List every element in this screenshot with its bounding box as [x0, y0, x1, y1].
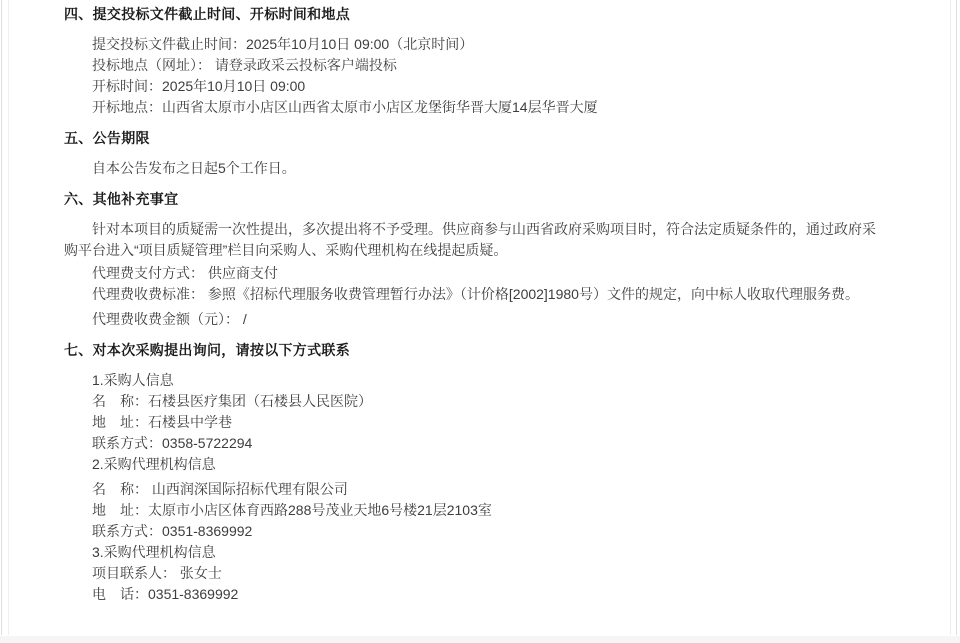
detail-line-agency-fee-payment: 代理费支付方式： 供应商支付 — [92, 263, 882, 284]
section-heading: 五、公告期限 — [64, 128, 882, 149]
detail-line-submission-deadline: 提交投标文件截止时间：2025年10月10日 09:00（北京时间） — [92, 34, 882, 55]
announcement-document: 四、提交投标文件截止时间、开标时间和地点 提交投标文件截止时间：2025年10月… — [0, 4, 960, 605]
detail-line-agency2-title: 3.采购代理机构信息 — [92, 542, 882, 563]
detail-line-project-contact: 项目联系人： 张女士 — [92, 563, 882, 584]
detail-line-project-phone: 电 话：0351-8369992 — [92, 584, 882, 605]
detail-line-agency-fee-standard: 代理费收费标准： 参照《招标代理服务收费管理暂行办法》（计价格[2002]198… — [92, 284, 882, 305]
section-heading: 七、对本次采购提出询问，请按以下方式联系 — [64, 340, 882, 361]
section-announcement-period: 五、公告期限 自本公告发布之日起5个工作日。 — [64, 128, 882, 179]
detail-line-open-location: 开标地点：山西省太原市小店区山西省太原市小店区龙堡街华晋大厦14层华晋大厦 — [92, 97, 882, 118]
section-heading: 四、提交投标文件截止时间、开标时间和地点 — [64, 4, 882, 25]
section-contact-info: 七、对本次采购提出询问，请按以下方式联系 1.采购人信息 名 称：石楼县医疗集团… — [64, 340, 882, 605]
detail-line-open-time: 开标时间：2025年10月10日 09:00 — [92, 76, 882, 97]
detail-line-purchaser-name: 名 称：石楼县医疗集团（石楼县人民医院） — [92, 391, 882, 412]
query-policy-paragraph: 针对本项目的质疑需一次性提出，多次提出将不予受理。供应商参与山西省政府采购项目时… — [64, 219, 882, 261]
detail-line-purchaser-address: 地 址：石楼县中学巷 — [92, 412, 882, 433]
detail-line-agency-phone: 联系方式：0351-8369992 — [92, 521, 882, 542]
section-heading: 六、其他补充事宜 — [64, 189, 882, 210]
detail-line-period: 自本公告发布之日起5个工作日。 — [92, 158, 882, 179]
section-other-matters: 六、其他补充事宜 针对本项目的质疑需一次性提出，多次提出将不予受理。供应商参与山… — [64, 189, 882, 330]
detail-line-agency-address: 地 址：太原市小店区体育西路288号茂业天地6号楼21层2103室 — [92, 500, 882, 521]
detail-line-bid-location: 投标地点（网址）： 请登录政采云投标客户端投标 — [92, 55, 882, 76]
detail-line-agency-name: 名 称： 山西润深国际招标代理有限公司 — [92, 479, 882, 500]
bottom-band — [0, 636, 960, 643]
detail-line-purchaser-title: 1.采购人信息 — [92, 370, 882, 391]
detail-line-agency-title: 2.采购代理机构信息 — [92, 454, 882, 475]
detail-line-agency-fee-amount: 代理费收费金额（元）： / — [92, 309, 882, 330]
detail-line-purchaser-phone: 联系方式：0358-5722294 — [92, 433, 882, 454]
section-bid-open-info: 四、提交投标文件截止时间、开标时间和地点 提交投标文件截止时间：2025年10月… — [64, 4, 882, 118]
